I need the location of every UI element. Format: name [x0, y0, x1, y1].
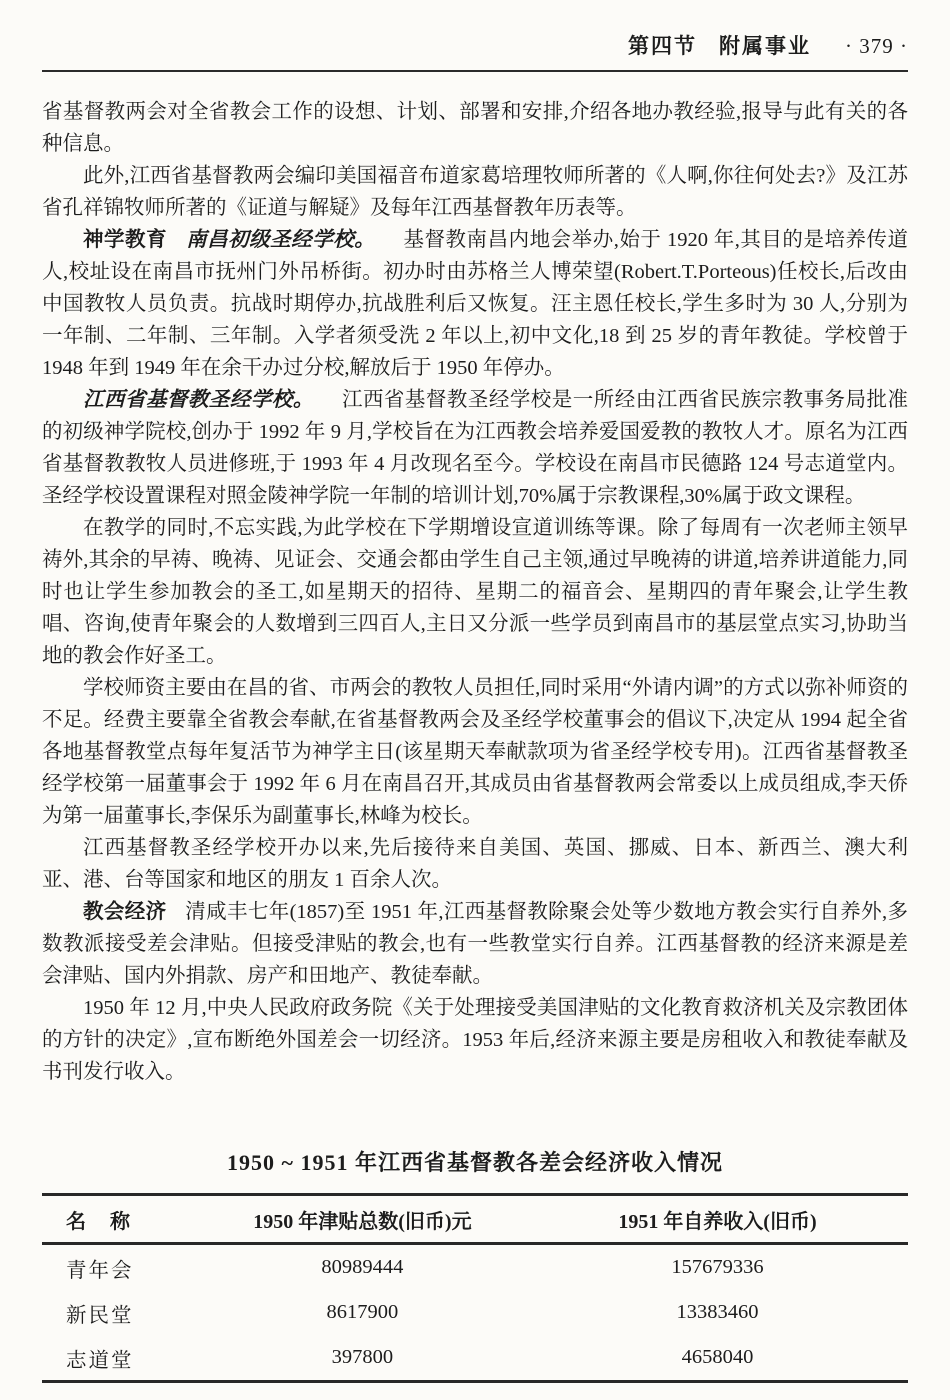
paragraph-text: 1950 年 12 月,中央人民政府政务院《关于处理接受美国津贴的文化教育救济机…	[42, 997, 908, 1083]
paragraph-text: 基督教南昌内地会举办,始于 1920 年,其目的是培养传道人,校址设在南昌市抚州…	[42, 229, 908, 379]
row-income-1951: 13383460	[527, 1290, 908, 1335]
paragraph-4: 江西省基督教圣经学校。 江西省基督教圣经学校是一所经由江西省民族宗教事务局批准的…	[42, 384, 908, 512]
section-number: 第四节	[628, 30, 697, 60]
column-header-income-1951: 1951 年自养收入(旧币)	[527, 1195, 908, 1244]
running-head: 第四节 附属事业 · 379 ·	[42, 0, 908, 72]
heading-church-economy: 教会经济	[83, 900, 166, 923]
row-subsidy-1950: 397800	[198, 1335, 527, 1382]
row-name: 志道堂	[42, 1335, 198, 1382]
paragraph-text: 此外,江西省基督教两会编印美国福音布道家葛培理牧师所著的《人啊,你往何处去?》及…	[42, 165, 908, 219]
column-header-subsidy-1950: 1950 年津贴总数(旧币)元	[198, 1195, 527, 1244]
paragraph-2: 此外,江西省基督教两会编印美国福音布道家葛培理牧师所著的《人啊,你往何处去?》及…	[42, 160, 908, 224]
table-row: 新民堂 8617900 13383460	[42, 1290, 908, 1335]
row-subsidy-1950: 80989444	[198, 1244, 527, 1291]
scanned-book-page: 第四节 附属事业 · 379 · 省基督教两会对全省教会工作的设想、计划、部署和…	[0, 0, 950, 1400]
table-header-row: 名 称 1950 年津贴总数(旧币)元 1951 年自养收入(旧币)	[42, 1195, 908, 1244]
income-table: 名 称 1950 年津贴总数(旧币)元 1951 年自养收入(旧币) 青年会 8…	[42, 1193, 908, 1383]
subheading-nanchang-bible-school: 南昌初级圣经学校。	[186, 229, 375, 251]
heading-theological-education: 神学教育	[83, 228, 167, 251]
paragraph-7: 江西基督教圣经学校开办以来,先后接待来自美国、英国、挪威、日本、新西兰、澳大利亚…	[42, 832, 908, 896]
paragraph-text: 省基督教两会对全省教会工作的设想、计划、部署和安排,介绍各地办教经验,报导与此有…	[42, 101, 908, 155]
income-table-head: 名 称 1950 年津贴总数(旧币)元 1951 年自养收入(旧币)	[42, 1195, 908, 1244]
table-row: 青年会 80989444 157679336	[42, 1244, 908, 1291]
page-number: · 379 ·	[845, 34, 908, 59]
paragraph-1: 省基督教两会对全省教会工作的设想、计划、部署和安排,介绍各地办教经验,报导与此有…	[42, 96, 908, 160]
subheading-jiangxi-bible-school: 江西省基督教圣经学校。	[83, 389, 314, 411]
income-table-body: 青年会 80989444 157679336 新民堂 8617900 13383…	[42, 1244, 908, 1382]
row-name: 新民堂	[42, 1290, 198, 1335]
column-header-name: 名 称	[42, 1195, 198, 1244]
paragraph-9: 1950 年 12 月,中央人民政府政务院《关于处理接受美国津贴的文化教育救济机…	[42, 992, 908, 1088]
section-title: 附属事业	[719, 30, 811, 60]
paragraph-text: 学校师资主要由在昌的省、市两会的教牧人员担任,同时采用“外请内调”的方式以弥补师…	[42, 677, 908, 827]
paragraph-text: 在教学的同时,不忘实践,为此学校在下学期增设宣道训练等课。除了每周有一次老师主领…	[42, 517, 908, 667]
row-income-1951: 4658040	[527, 1335, 908, 1382]
paragraph-text: 清咸丰七年(1857)至 1951 年,江西基督教除聚会处等少数地方教会实行自养…	[42, 901, 908, 987]
paragraph-8: 教会经济 清咸丰七年(1857)至 1951 年,江西基督教除聚会处等少数地方教…	[42, 896, 908, 992]
document-body: 省基督教两会对全省教会工作的设想、计划、部署和安排,介绍各地办教经验,报导与此有…	[42, 96, 908, 1116]
income-table-title: 1950 ~ 1951 年江西省基督教各差会经济收入情况	[42, 1146, 908, 1177]
row-subsidy-1950: 8617900	[198, 1290, 527, 1335]
paragraph-6: 学校师资主要由在昌的省、市两会的教牧人员担任,同时采用“外请内调”的方式以弥补师…	[42, 672, 908, 832]
table-row: 志道堂 397800 4658040	[42, 1335, 908, 1382]
row-income-1951: 157679336	[527, 1244, 908, 1291]
paragraph-text: 江西基督教圣经学校开办以来,先后接待来自美国、英国、挪威、日本、新西兰、澳大利亚…	[42, 837, 908, 891]
paragraph-3: 神学教育 南昌初级圣经学校。 基督教南昌内地会举办,始于 1920 年,其目的是…	[42, 224, 908, 384]
page-content: 第四节 附属事业 · 379 · 省基督教两会对全省教会工作的设想、计划、部署和…	[42, 0, 908, 1116]
paragraph-5: 在教学的同时,不忘实践,为此学校在下学期增设宣道训练等课。除了每周有一次老师主领…	[42, 512, 908, 672]
income-table-section: 1950 ~ 1951 年江西省基督教各差会经济收入情况 名 称 1950 年津…	[42, 1146, 908, 1383]
row-name: 青年会	[42, 1244, 198, 1291]
